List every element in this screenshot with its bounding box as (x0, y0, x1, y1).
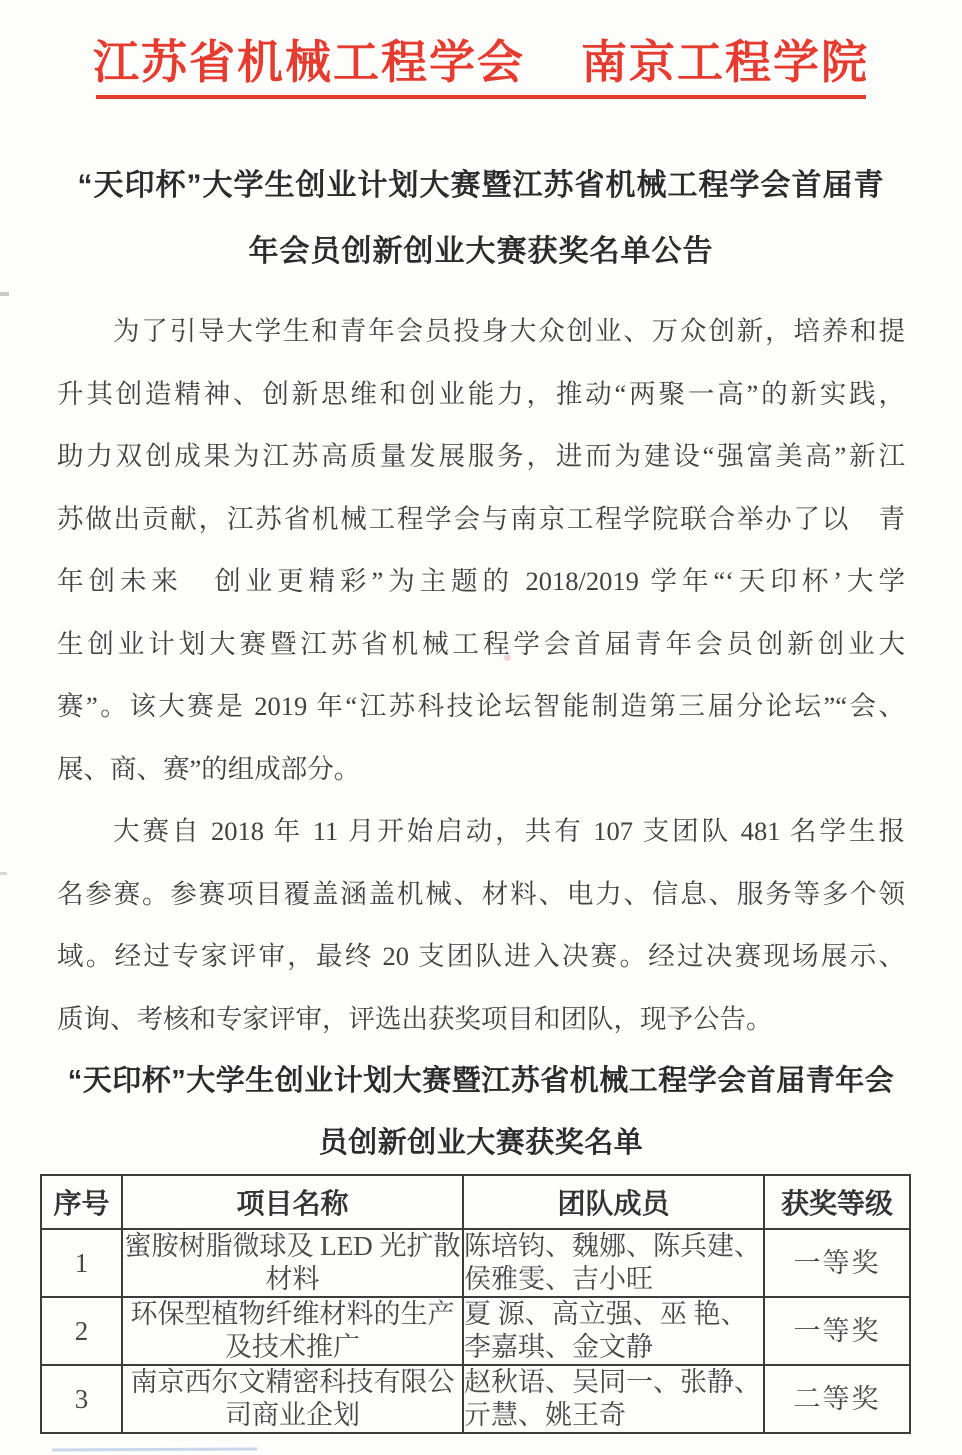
body-line: 大赛自 2018 年 11 月开始启动，共有 107 支团队 481 名学生报 (57, 800, 905, 863)
scan-artifact (52, 1447, 257, 1451)
document-title-line-1: “天印杯”大学生创业计划大赛暨江苏省机械工程学会首届青 (0, 153, 962, 219)
body-line: 为了引导大学生和青年会员投身大众创业、万众创新，培养和提 (57, 300, 905, 363)
table-row: 1 蜜胺树脂微球及 LED 光扩散材料 陈培钧、魏娜、陈兵建、侯雅雯、吉小旺 一… (41, 1229, 910, 1297)
table-header-row: 序号 项目名称 团队成员 获奖等级 (41, 1175, 910, 1229)
cell-project: 南京西尔文精密科技有限公司商业企划 (122, 1365, 463, 1433)
letterhead-underline (96, 95, 866, 99)
cell-index: 1 (41, 1229, 122, 1297)
cell-award: 一等奖 (764, 1229, 910, 1297)
scan-artifact (0, 872, 7, 875)
letterhead-orgs: 江苏省机械工程学会 南京工程学院 (96, 36, 866, 88)
body-line: 名参赛。参赛项目覆盖涵盖机械、材料、电力、信息、服务等多个领 (57, 863, 905, 926)
award-list-heading-line-2: 员创新创业大赛获奖名单 (0, 1112, 962, 1174)
document-title-line-2: 年会员创新创业大赛获奖名单公告 (0, 219, 962, 285)
body-line: 升其创造精神、创新思维和创业能力，推动“两聚一高”的新实践， (57, 363, 905, 426)
cell-index: 2 (41, 1297, 122, 1365)
body-line: 年创未来 创业更精彩”为主题的 2018/2019 学年“‘天印杯’大学 (57, 550, 905, 613)
cell-award: 二等奖 (764, 1365, 910, 1433)
body-line: 生创业计划大赛暨江苏省机械工程学会首届青年会员创新创业大 (57, 613, 905, 676)
body-text: 为了引导大学生和青年会员投身大众创业、万众创新，培养和提 升其创造精神、创新思维… (57, 300, 905, 1050)
scan-artifact (0, 292, 9, 296)
table-row: 2 环保型植物纤维材料的生产及技术推广 夏 源、高立强、巫 艳、李嘉琪、金文静 … (41, 1297, 910, 1365)
column-header-award: 获奖等级 (764, 1175, 910, 1229)
award-list-heading-line-1: “天印杯”大学生创业计划大赛暨江苏省机械工程学会首届青年会 (0, 1050, 962, 1112)
column-header-project: 项目名称 (122, 1175, 463, 1229)
cell-project: 环保型植物纤维材料的生产及技术推广 (122, 1297, 463, 1365)
cell-project: 蜜胺树脂微球及 LED 光扩散材料 (122, 1229, 463, 1297)
body-line: 质询、考核和专家评审，评选出获奖项目和团队，现予公告。 (57, 988, 905, 1051)
cell-index: 3 (41, 1365, 122, 1433)
body-line: 赛”。该大赛是 2019 年“江苏科技论坛智能制造第三届分论坛”“会、 (57, 675, 905, 738)
column-header-members: 团队成员 (463, 1175, 764, 1229)
cell-members: 夏 源、高立强、巫 艳、李嘉琪、金文静 (463, 1297, 764, 1365)
org-name-left: 江苏省机械工程学会 (93, 36, 525, 88)
award-list-heading: “天印杯”大学生创业计划大赛暨江苏省机械工程学会首届青年会 员创新创业大赛获奖名… (0, 1050, 962, 1174)
letterhead: 江苏省机械工程学会 南京工程学院 (96, 36, 866, 99)
cell-members: 陈培钧、魏娜、陈兵建、侯雅雯、吉小旺 (463, 1229, 764, 1297)
body-line: 苏做出贡献，江苏省机械工程学会与南京工程学院联合举办了以 青 (57, 488, 905, 551)
body-line: 域。经过专家评审，最终 20 支团队进入决赛。经过决赛现场展示、 (57, 925, 905, 988)
table-row: 3 南京西尔文精密科技有限公司商业企划 赵秋语、吴同一、张静、亓慧、姚王奇 二等… (41, 1365, 910, 1433)
column-header-index: 序号 (41, 1175, 122, 1229)
cell-award: 一等奖 (764, 1297, 910, 1365)
body-line: 助力双创成果为江苏高质量发展服务，进而为建设“强富美高”新江 (57, 425, 905, 488)
cell-members: 赵秋语、吴同一、张静、亓慧、姚王奇 (463, 1365, 764, 1433)
document-page: 江苏省机械工程学会 南京工程学院 “天印杯”大学生创业计划大赛暨江苏省机械工程学… (0, 0, 962, 1455)
org-name-right: 南京工程学院 (581, 36, 869, 88)
body-line: 展、商、赛”的组成部分。 (57, 738, 905, 801)
document-title: “天印杯”大学生创业计划大赛暨江苏省机械工程学会首届青 年会员创新创业大赛获奖名… (0, 153, 962, 285)
awards-table: 序号 项目名称 团队成员 获奖等级 1 蜜胺树脂微球及 LED 光扩散材料 陈培… (40, 1174, 911, 1434)
